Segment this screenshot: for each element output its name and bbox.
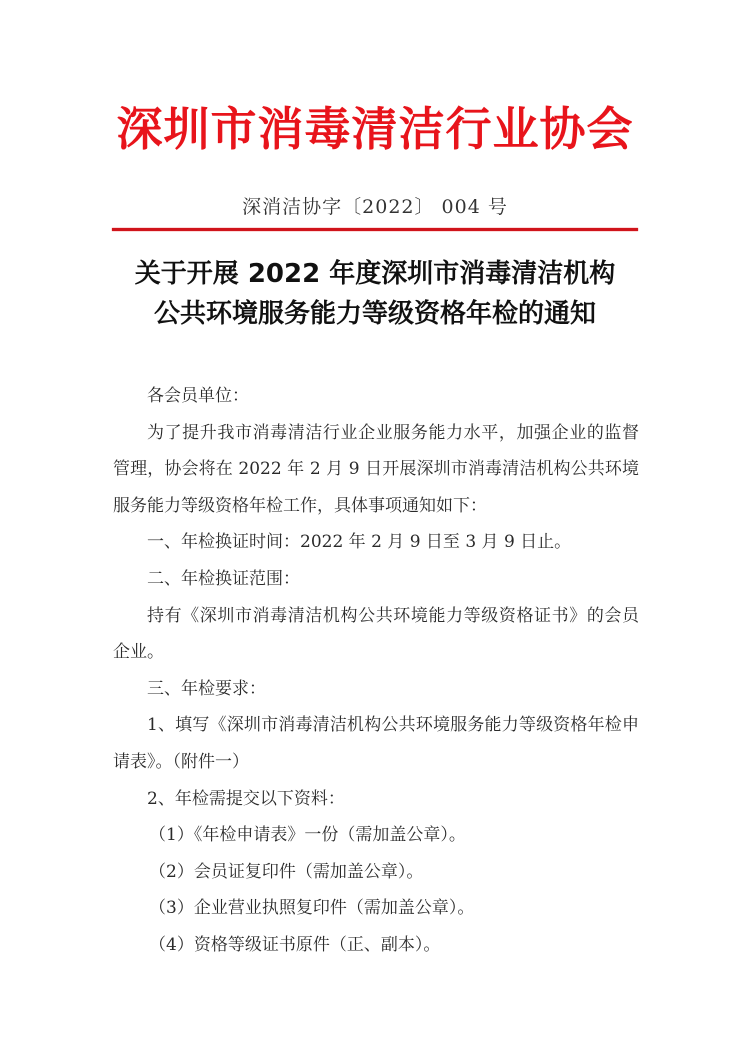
requirement-2: 2、年检需提交以下资料： bbox=[113, 781, 639, 818]
section-2-scope: 持有《深圳市消毒清洁机构公共环境能力等级资格证书》的会员企业。 bbox=[113, 598, 639, 671]
material-item: （1）《年检申请表》一份（需加盖公章）。 bbox=[113, 817, 639, 854]
intro-paragraph: 为了提升我市消毒清洁行业企业服务能力水平，加强企业的监督管理，协会将在 2022… bbox=[113, 415, 639, 525]
salutation: 各会员单位： bbox=[113, 378, 639, 415]
notice-title-line-2: 公共环境服务能力等级资格年检的通知 bbox=[0, 294, 750, 334]
material-item: （4）资格等级证书原件（正、副本）。 bbox=[113, 927, 639, 964]
section-2-heading: 二、年检换证范围： bbox=[113, 561, 639, 598]
notice-title: 关于开展 2022 年度深圳市消毒清洁机构 公共环境服务能力等级资格年检的通知 bbox=[0, 254, 750, 334]
section-3-heading: 三、年检要求： bbox=[113, 671, 639, 708]
notice-title-line-1: 关于开展 2022 年度深圳市消毒清洁机构 bbox=[0, 254, 750, 294]
section-1-time: 一、年检换证时间：2022 年 2 月 9 日至 3 月 9 日止。 bbox=[113, 524, 639, 561]
red-header-divider bbox=[112, 228, 638, 231]
material-item: （2）会员证复印件（需加盖公章）。 bbox=[113, 854, 639, 891]
organization-name: 深圳市消毒清洁行业协会 bbox=[0, 98, 750, 160]
notice-body: 各会员单位： 为了提升我市消毒清洁行业企业服务能力水平，加强企业的监督管理，协会… bbox=[113, 378, 639, 964]
material-item: （3）企业营业执照复印件（需加盖公章）。 bbox=[113, 890, 639, 927]
requirement-1: 1、填写《深圳市消毒清洁机构公共环境服务能力等级资格年检申请表》。（附件一） bbox=[113, 707, 639, 780]
document-number: 深消洁协字〔2022〕 004 号 bbox=[0, 192, 750, 222]
